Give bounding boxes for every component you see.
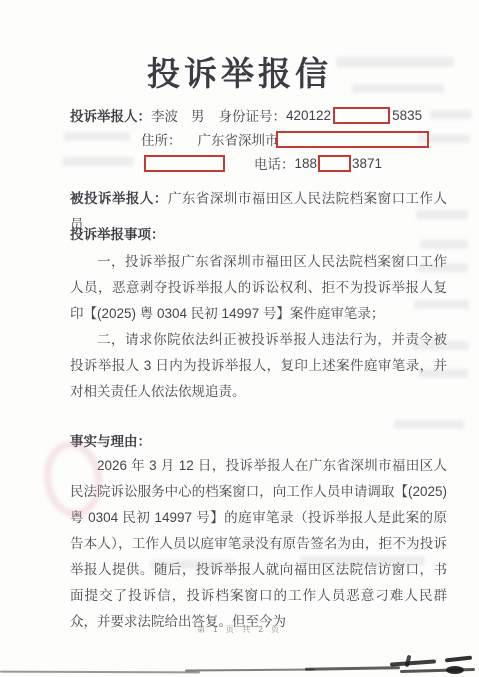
facts-heading: 事实与理由： [70, 429, 447, 455]
bleedthrough-artifact [150, 560, 235, 569]
page-edge-artifact [185, 669, 315, 672]
phone-suffix: 3871 [352, 156, 382, 171]
bleedthrough-artifact [336, 57, 454, 67]
redaction-box-address [276, 131, 429, 148]
address-label: 住所： [141, 129, 182, 149]
bleedthrough-artifact [64, 132, 130, 141]
scanned-complaint-letter-page: 投诉举报信 投诉举报人： 李波 男 身份证号： 420122 5835 住所： … [0, 0, 479, 677]
applicant-line: 投诉举报人： 李波 男 身份证号： 420122 5835 [70, 103, 452, 127]
page-edge-artifact [445, 656, 472, 663]
bleedthrough-artifact [418, 134, 470, 143]
bleedthrough-artifact [300, 556, 425, 566]
phone-prefix: 188 [295, 156, 318, 171]
respondent-label: 被投诉举报人： [70, 191, 168, 206]
bleedthrough-artifact [430, 110, 472, 119]
applicant-name: 李波 [151, 105, 178, 125]
bleedthrough-artifact [412, 341, 469, 350]
matters-heading: 投诉举报事项： [70, 222, 447, 248]
id-number-label: 身份证号： [219, 105, 287, 125]
matter-paragraph-1: 一，投诉举报广东省深圳市福田区人民法院档案窗口工作人员，恶意剥夺投诉举报人的诉讼… [70, 249, 447, 327]
applicant-label: 投诉举报人： [70, 105, 151, 125]
page-number-footer: 第 1 页 共 2 页 [0, 624, 479, 635]
address-value: 广东省深圳市 [198, 129, 279, 149]
facts-paragraph-1: 2026 年 3 月 12 日，投诉举报人在广东省深圳市福田区人民法院诉讼服务中… [70, 453, 447, 635]
id-number-suffix: 5835 [392, 108, 422, 123]
redaction-box-extra [144, 155, 225, 172]
redaction-box-id-number [333, 107, 390, 124]
page-edge-artifact [400, 668, 475, 673]
bleedthrough-artifact [394, 420, 464, 429]
bleedthrough-artifact [62, 157, 134, 166]
page-edge-artifact [0, 671, 200, 674]
bleedthrough-artifact [352, 84, 444, 93]
bleedthrough-artifact [418, 369, 468, 378]
bleedthrough-artifact [418, 263, 468, 272]
redaction-box-phone [318, 155, 351, 172]
matter-paragraph-2: 二，请求你院依法纠正被投诉举报人违法行为，并责令被投诉举报人 3 日内为投诉举报… [70, 327, 447, 405]
bleedthrough-artifact [416, 210, 468, 219]
bleedthrough-artifact [420, 240, 468, 249]
bleedthrough-artifact [414, 300, 469, 309]
page-edge-artifact [390, 659, 436, 666]
phone-label: 电话： [254, 153, 295, 173]
applicant-gender: 男 [191, 105, 205, 125]
page-edge-artifact [305, 666, 400, 671]
id-number-prefix: 420122 [286, 108, 331, 123]
